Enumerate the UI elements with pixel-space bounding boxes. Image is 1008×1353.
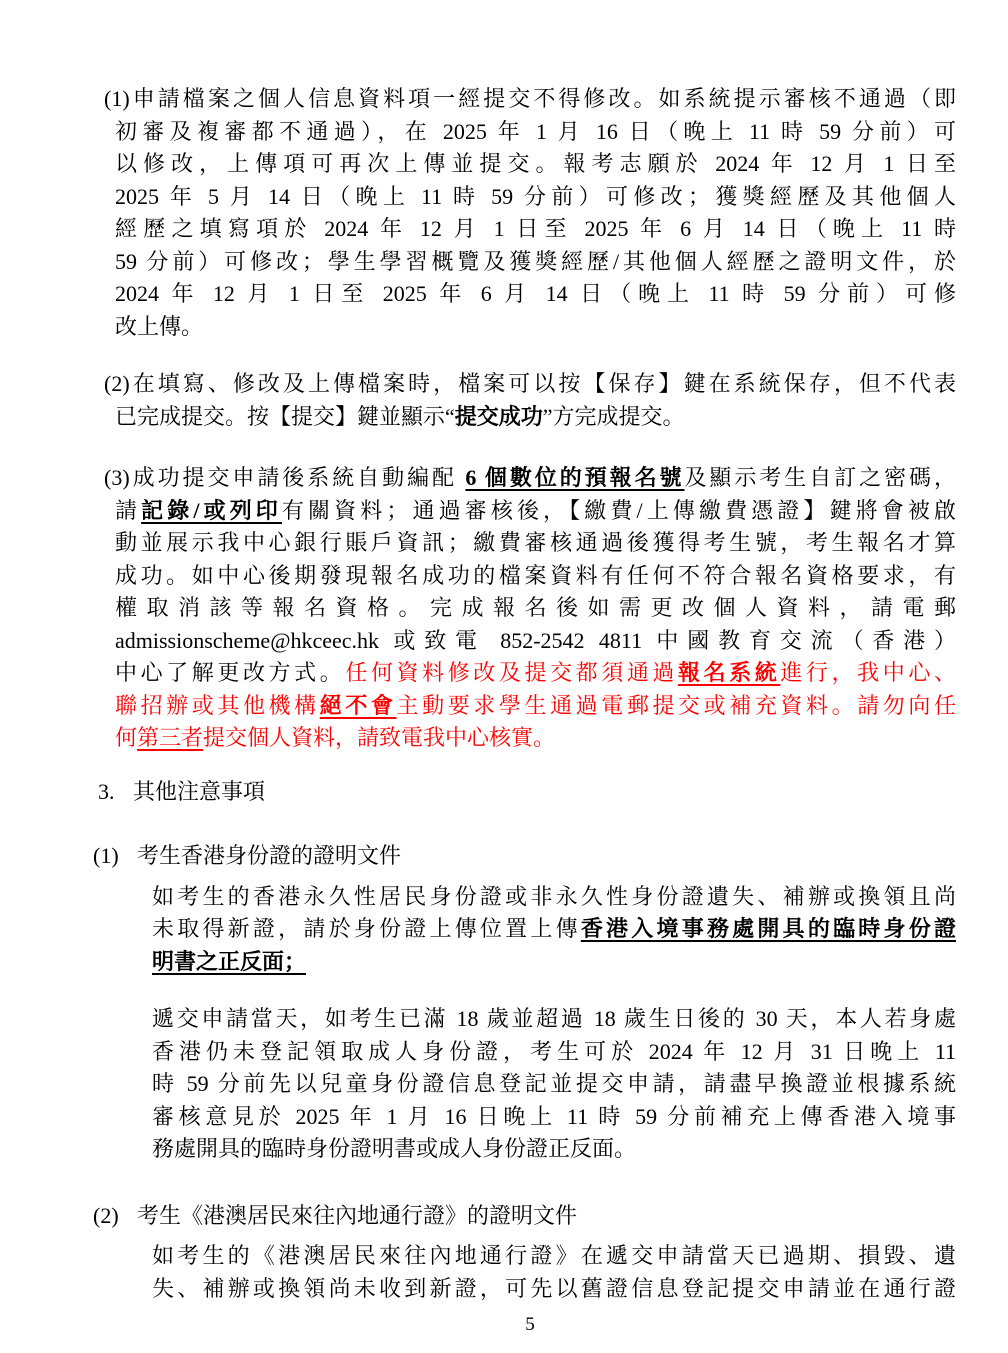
text-line: 明書之正反面； [152, 946, 956, 979]
text-line: 遞交申請當天，如考生已滿 18 歲並超過 18 歲生日後的 30 天，本人若身處 [152, 1003, 956, 1036]
text-segment: ”方完成提交。 [543, 404, 685, 429]
text-line: 2025 年 5 月 14 日（晚上 11 時 59 分前）可修改；獲獎經歷及其… [115, 181, 956, 214]
text-segment: 任何資料修改及提交都須通過 [345, 660, 678, 685]
document-body: (1)申請檔案之個人信息資料項一經提交不得修改。如系統提示審核不通過（即初審及複… [0, 0, 1008, 1339]
text-segment: 失、補辦或換領尚未收到新證，可先以舊證信息登記提交申請並在通行證 [152, 1276, 956, 1301]
text-line: admissionscheme@hkceec.hk 或致電 852-2542 4… [115, 625, 956, 658]
text-segment: 審核意見於 2025 年 1 月 16 日晚上 11 時 59 分前補充上傳香港… [152, 1104, 956, 1129]
text-line: 2024 年 12 月 1 日至 2025 年 6 月 14 日（晚上 11 時… [115, 278, 956, 311]
text-line: 失、補辦或換領尚未收到新證，可先以舊證信息登記提交申請並在通行證 [152, 1273, 956, 1306]
text-line: 中心了解更改方式。任何資料修改及提交都須通過報名系統進行，我中心、 [115, 657, 956, 690]
text-segment: 記錄/或列印 [141, 498, 282, 523]
text-segment: 6 個數位的預報名號 [465, 465, 684, 490]
subsection-2-heading: (2)考生《港澳居民來往內地通行證》的證明文件 [93, 1200, 956, 1233]
text-segment: 成功。如中心後期發現報名成功的檔案資料有任何不符合報名資格要求，有 [115, 563, 956, 588]
text-segment: 何 [115, 725, 137, 750]
text-line: 經歷之填寫項於 2024 年 12 月 1 日至 2025 年 6 月 14 日… [115, 213, 956, 246]
paragraph-3: (3)成功提交申請後系統自動編配 6 個數位的預報名號及顯示考生自訂之密碼，請記… [104, 462, 956, 755]
text-segment: 時 59 分前先以兒童身份證信息登記並提交申請，請盡早換證並根據系統 [152, 1071, 956, 1096]
text-line: 審核意見於 2025 年 1 月 16 日晚上 11 時 59 分前補充上傳香港… [152, 1101, 956, 1134]
text-segment: 務處開具的臨時身份證明書或成人身份證正反面。 [152, 1136, 636, 1161]
text-segment: 中心了解更改方式。 [115, 660, 345, 685]
text-segment: 2024 年 12 月 1 日至 2025 年 6 月 14 日（晚上 11 時… [115, 281, 956, 306]
text-segment: 如考生的《港澳居民來往內地通行證》在遞交申請當天已過期、損毀、遺 [152, 1243, 956, 1268]
text-segment: 有關資料；通過審核後，【繳費/上傳繳費憑證】鍵將會被啟 [282, 498, 956, 523]
document-page: (1)申請檔案之個人信息資料項一經提交不得修改。如系統提示審核不通過（即初審及複… [0, 0, 1008, 1353]
text-segment: (1)申請檔案之個人信息資料項一經提交不得修改。如系統提示審核不通過（即 [104, 86, 956, 111]
paragraph-2: (2)在填寫、修改及上傳檔案時，檔案可以按【保存】鍵在系統保存，但不代表已完成提… [104, 368, 956, 433]
text-segment: 香港入境事務處開具的臨時身份證 [581, 916, 956, 941]
text-line: 聯招辦或其他機構絕不會主動要求學生通過電郵提交或補充資料。請勿向任 [115, 690, 956, 723]
text-segment: 初審及複審都不通過），在 2025 年 1 月 16 日（晚上 11 時 59 … [115, 119, 956, 144]
text-line: 動並展示我中心銀行賬戶資訊；繳費審核通過後獲得考生號，考生報名才算 [115, 527, 956, 560]
text-segment: 進行，我中心、 [780, 660, 956, 685]
text-line: 改上傳。 [115, 311, 956, 344]
section-3-title: 其他注意事項 [133, 779, 265, 804]
text-segment: 絕不會 [320, 693, 397, 718]
subsection-1-heading: (1)考生香港身份證的證明文件 [93, 840, 956, 873]
page-number: 5 [104, 1311, 956, 1339]
text-segment: 第三者 [137, 725, 203, 750]
text-segment: 提交成功 [455, 404, 543, 429]
text-segment: 動並展示我中心銀行賬戶資訊；繳費審核通過後獲得考生號，考生報名才算 [115, 530, 956, 555]
text-line: 時 59 分前先以兒童身份證信息登記並提交申請，請盡早換證並根據系統 [152, 1068, 956, 1101]
text-segment: 未取得新證，請於身份證上傳位置上傳 [152, 916, 581, 941]
text-segment: 明書之正反面； [152, 949, 306, 974]
text-segment: (3)成功提交申請後系統自動編配 [104, 465, 465, 490]
text-line: 未取得新證，請於身份證上傳位置上傳香港入境事務處開具的臨時身份證 [152, 913, 956, 946]
subsection-2-paragraph-a: 如考生的《港澳居民來往內地通行證》在遞交申請當天已過期、損毀、遺失、補辦或換領尚… [104, 1240, 956, 1305]
text-segment: 改上傳。 [115, 314, 203, 339]
text-line: 如考生的《港澳居民來往內地通行證》在遞交申請當天已過期、損毀、遺 [152, 1240, 956, 1273]
subsection-1-paragraph-b: 遞交申請當天，如考生已滿 18 歲並超過 18 歲生日後的 30 天，本人若身處… [104, 1003, 956, 1166]
section-3-number: 3. [98, 776, 133, 809]
text-segment: 及顯示考生自訂之密碼， [684, 465, 956, 490]
text-segment: 請 [115, 498, 141, 523]
text-line: (2)在填寫、修改及上傳檔案時，檔案可以按【保存】鍵在系統保存，但不代表 [104, 368, 956, 401]
text-line: 已完成提交。按【提交】鍵並顯示“提交成功”方完成提交。 [115, 401, 956, 434]
paragraph-1: (1)申請檔案之個人信息資料項一經提交不得修改。如系統提示審核不通過（即初審及複… [104, 83, 956, 343]
text-line: 如考生的香港永久性居民身份證或非永久性身份證遺失、補辦或換領且尚 [152, 881, 956, 914]
text-segment: 如考生的香港永久性居民身份證或非永久性身份證遺失、補辦或換領且尚 [152, 884, 956, 909]
subsection-1-title: 考生香港身份證的證明文件 [137, 843, 401, 868]
text-segment: admissionscheme@hkceec.hk 或致電 852-2542 4… [115, 628, 956, 653]
text-segment: 提交個人資料，請致電我中心核實。 [203, 725, 555, 750]
text-line: 權取消該等報名資格。完成報名後如需更改個人資料，請電郵 [115, 592, 956, 625]
text-line: 何第三者提交個人資料，請致電我中心核實。 [115, 722, 956, 755]
text-segment: 59 分前）可修改；學生學習概覽及獲獎經歷/其他個人經歷之證明文件，於 [115, 249, 956, 274]
text-segment: 以修改，上傳項可再次上傳並提交。報考志願於 2024 年 12 月 1 日至 [115, 151, 956, 176]
text-segment: (2)在填寫、修改及上傳檔案時，檔案可以按【保存】鍵在系統保存，但不代表 [104, 371, 956, 396]
text-line: 請記錄/或列印有關資料；通過審核後，【繳費/上傳繳費憑證】鍵將會被啟 [115, 495, 956, 528]
text-line: 初審及複審都不通過），在 2025 年 1 月 16 日（晚上 11 時 59 … [115, 116, 956, 149]
text-segment: 聯招辦或其他機構 [115, 693, 320, 718]
subsection-2-number: (2) [93, 1200, 137, 1233]
text-line: 務處開具的臨時身份證明書或成人身份證正反面。 [152, 1133, 956, 1166]
text-segment: 2025 年 5 月 14 日（晚上 11 時 59 分前）可修改；獲獎經歷及其… [115, 184, 956, 209]
text-line: 以修改，上傳項可再次上傳並提交。報考志願於 2024 年 12 月 1 日至 [115, 148, 956, 181]
text-line: 香港仍未登記領取成人身份證，考生可於 2024 年 12 月 31 日晚上 11 [152, 1036, 956, 1069]
text-line: 成功。如中心後期發現報名成功的檔案資料有任何不符合報名資格要求，有 [115, 560, 956, 593]
subsection-1-number: (1) [93, 840, 137, 873]
text-line: (1)申請檔案之個人信息資料項一經提交不得修改。如系統提示審核不通過（即 [104, 83, 956, 116]
text-segment: 經歷之填寫項於 2024 年 12 月 1 日至 2025 年 6 月 14 日… [115, 216, 956, 241]
text-segment: 香港仍未登記領取成人身份證，考生可於 2024 年 12 月 31 日晚上 11 [152, 1039, 956, 1064]
text-segment: 已完成提交。按【提交】鍵並顯示“ [115, 404, 455, 429]
text-line: (3)成功提交申請後系統自動編配 6 個數位的預報名號及顯示考生自訂之密碼， [104, 462, 956, 495]
text-segment: 權取消該等報名資格。完成報名後如需更改個人資料，請電郵 [115, 595, 956, 620]
subsection-1-paragraph-a: 如考生的香港永久性居民身份證或非永久性身份證遺失、補辦或換領且尚未取得新證，請於… [104, 881, 956, 979]
text-segment: 主動要求學生通過電郵提交或補充資料。請勿向任 [397, 693, 956, 718]
section-3-heading: 3.其他注意事項 [98, 776, 956, 809]
subsection-2-title: 考生《港澳居民來往內地通行證》的證明文件 [137, 1203, 577, 1228]
text-segment: 報名系統 [678, 660, 780, 685]
text-line: 59 分前）可修改；學生學習概覽及獲獎經歷/其他個人經歷之證明文件，於 [115, 246, 956, 279]
text-segment: 遞交申請當天，如考生已滿 18 歲並超過 18 歲生日後的 30 天，本人若身處 [152, 1006, 956, 1031]
